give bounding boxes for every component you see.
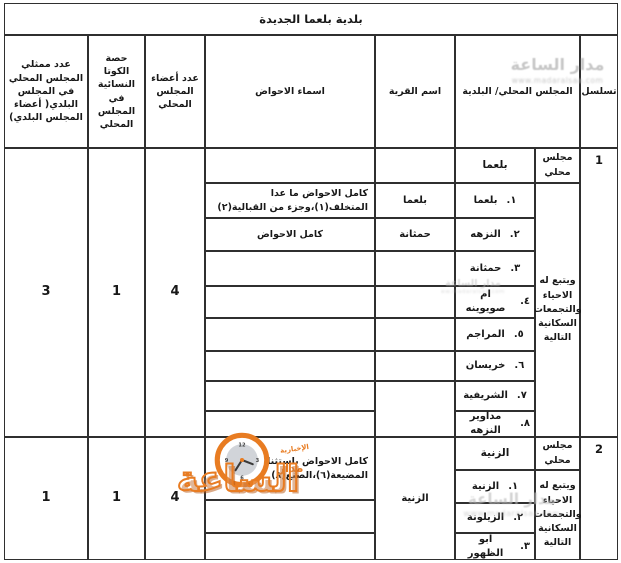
header-council-members-count: عدد أعضاء المجلس المحلي: [145, 35, 205, 148]
village-number: ١.: [507, 194, 517, 208]
village-cell: الزنية: [375, 437, 455, 560]
row1-council-type: مجلس محلي: [535, 148, 580, 183]
village-list-item: ٨.مداوير النزهه: [455, 411, 535, 437]
row2-members-count: 4: [145, 437, 205, 560]
village-number: ٧.: [517, 389, 527, 403]
village-cell: حمثانة: [375, 218, 455, 251]
village-name: خريسان: [466, 359, 506, 373]
village-number: ٥.: [514, 328, 524, 342]
row2-council-note: ويتبع له الاحياء والتجمعات السكانية التا…: [535, 470, 580, 560]
basin-cell-empty: [205, 381, 375, 411]
basin-cell-empty: [205, 318, 375, 351]
basin-cell-empty: [205, 148, 375, 183]
village-list-item: ٢.الزيلونة: [455, 503, 535, 533]
village-list-item: ٧.الشريفية: [455, 381, 535, 411]
village-number: ٦.: [514, 359, 524, 373]
village-name: المراجم: [466, 328, 505, 342]
header-municipal-reps: عدد ممثلي المجلس المحلي في المجلس البلدي…: [4, 35, 88, 148]
village-number: ٣.: [510, 262, 520, 276]
village-list-item: ٥.المراجم: [455, 318, 535, 351]
basin-cell-empty: [205, 351, 375, 381]
village-number: ٢.: [510, 228, 520, 242]
village-list-item: ١.الزنية: [455, 470, 535, 503]
row2-reps-count: 1: [4, 437, 88, 560]
row1-quota-count: 1: [88, 148, 145, 437]
village-name: بلعما: [474, 194, 498, 208]
row1-members-count: 4: [145, 148, 205, 437]
village-name: ابو الظهور: [460, 533, 511, 561]
document-page: بلدية بلعما الجديدة تسلسل المجلس المحلي/…: [0, 0, 621, 563]
basin-cell-empty: [205, 286, 375, 318]
village-cell-empty: [375, 286, 455, 318]
village-name: النزهه: [470, 228, 500, 242]
header-serial: تسلسل: [580, 35, 618, 148]
basin-cell-empty: [205, 500, 375, 533]
basin-cell: كامل الاحواض: [205, 218, 375, 251]
header-village-name: اسم القرية: [375, 35, 455, 148]
village-name: الزنية: [472, 480, 499, 494]
village-cell-empty: [375, 148, 455, 183]
village-number: ٨.: [520, 417, 530, 431]
village-list-item: ٤.ام صويوينه: [455, 286, 535, 318]
basin-cell-empty: [205, 533, 375, 560]
village-name: الشريفية: [463, 389, 508, 403]
village-cell-empty: [375, 318, 455, 351]
village-number: ٢.: [513, 511, 523, 525]
village-name: ام صويوينه: [460, 288, 511, 316]
row1-reps-count: 3: [4, 148, 88, 437]
basin-cell: كامل الاحواض باستثناء كايد( المضيعة(٦)،ا…: [205, 437, 375, 500]
village-name: مداوير النزهه: [460, 410, 511, 438]
header-council: المجلس المحلي/ البلدية: [455, 35, 580, 148]
row2-group-name: الزنية: [455, 437, 535, 470]
village-name: حمثانة: [470, 262, 502, 276]
village-list-item: ١.بلعما: [455, 183, 535, 218]
village-number: ٣.: [520, 540, 530, 554]
village-number: ١.: [508, 480, 518, 494]
village-cell-empty: [375, 251, 455, 286]
basin-cell-empty: [205, 251, 375, 286]
basin-cell: كامل الاحواض ما عدا المتخلف(١)،وجزء من ا…: [205, 183, 375, 218]
row2-council-type: مجلس محلي: [535, 437, 580, 470]
village-cell-empty: [375, 381, 455, 437]
row1-serial: 1: [580, 148, 618, 437]
document-title: بلدية بلعما الجديدة: [4, 3, 618, 35]
village-number: ٤.: [520, 295, 530, 309]
village-name: الزيلونة: [467, 511, 504, 525]
village-list-item: ٢.النزهه: [455, 218, 535, 251]
basin-cell-empty: [205, 411, 375, 437]
village-cell: بلعما: [375, 183, 455, 218]
row2-quota-count: 1: [88, 437, 145, 560]
row2-serial: 2: [580, 437, 618, 560]
village-list-item: ٣.حمثانة: [455, 251, 535, 286]
header-basin-names: اسماء الاحواض: [205, 35, 375, 148]
row1-council-note: ويتبع له الاحياء والتجمعات السكانية التا…: [535, 183, 580, 437]
village-cell-empty: [375, 351, 455, 381]
row1-group-name: بلعما: [455, 148, 535, 183]
header-women-quota: حصة الكوتا النسائية في المجلس المحلي: [88, 35, 145, 148]
village-list-item: ٣.ابو الظهور: [455, 533, 535, 560]
village-list-item: ٦.خريسان: [455, 351, 535, 381]
